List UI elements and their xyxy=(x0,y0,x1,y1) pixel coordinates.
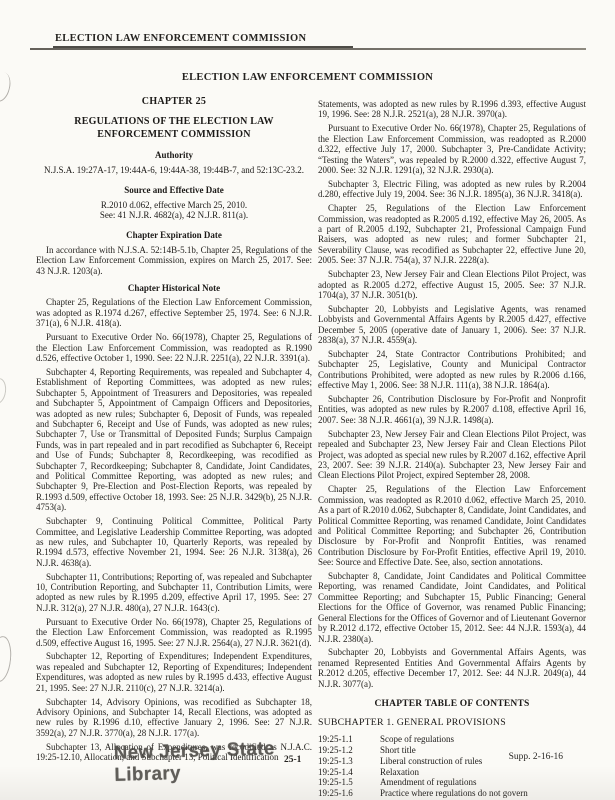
chapter-number: CHAPTER 25 xyxy=(36,97,312,107)
toc-section-title: Amendment of regulations xyxy=(370,777,586,787)
historical-paragraph: Subchapter 26, Contribution Disclosure b… xyxy=(318,394,586,425)
historical-paragraph: Pursuant to Executive Order No. 66(1978)… xyxy=(36,617,312,648)
historical-paragraph: Subchapter 23, New Jersey Fair and Clean… xyxy=(318,429,586,481)
chapter-title: REGULATIONS OF THE ELECTION LAW ENFORCEM… xyxy=(36,116,312,141)
running-head: ELECTION LAW ENFORCEMENT COMMISSION xyxy=(55,33,306,44)
toc-row: 19:25-1.1 Scope of regulations xyxy=(318,734,586,744)
toc-section-title: Relaxation xyxy=(370,767,586,777)
historical-paragraph: Chapter 25, Regulations of the Election … xyxy=(318,203,586,265)
source-date-heading: Source and Effective Date xyxy=(36,185,312,195)
toc-section-number: 19:25-1.4 xyxy=(318,767,370,777)
supplement-label: Supp. 2-16-16 xyxy=(509,752,563,762)
historical-paragraph: Subchapter 8, Candidate, Joint Candidate… xyxy=(318,571,586,644)
page-number: 25-1 xyxy=(284,755,301,765)
historical-paragraph: Subchapter 14, Advisory Opinions, was re… xyxy=(36,697,312,739)
document-title: ELECTION LAW ENFORCEMENT COMMISSION xyxy=(0,72,615,83)
header-rule xyxy=(30,48,586,50)
right-column: Statements, was adopted as new rules by … xyxy=(318,99,586,799)
toc-section-title: Scope of regulations xyxy=(370,734,586,744)
historical-paragraph: Subchapter 24, State Contractor Contribu… xyxy=(318,349,586,391)
historical-paragraph: Subchapter 23, New Jersey Fair and Clean… xyxy=(318,269,586,300)
toc-row: 19:25-1.4 Relaxation xyxy=(318,767,586,777)
toc-row: 19:25-1.5 Amendment of regulations xyxy=(318,777,586,787)
historical-paragraph: Subchapter 20, Lobbyists and Governmenta… xyxy=(318,647,586,689)
toc-section-number: 19:25-1.5 xyxy=(318,777,370,787)
continuation-paragraph: Statements, was adopted as new rules by … xyxy=(318,99,586,120)
toc-row: 19:25-1.6 Practice where regulations do … xyxy=(318,788,586,798)
source-date-line1: R.2010 d.062, effective March 25, 2010. xyxy=(36,200,312,210)
historical-paragraph: Pursuant to Executive Order No. 66(1978)… xyxy=(36,332,312,363)
document-page: ELECTION LAW ENFORCEMENT COMMISSION ELEC… xyxy=(0,0,615,800)
toc-section-number: 19:25-1.6 xyxy=(318,788,370,798)
chapter-toc-heading: CHAPTER TABLE OF CONTENTS xyxy=(318,699,586,709)
toc-section-number: 19:25-1.3 xyxy=(318,756,370,766)
toc-section-title: Practice where regulations do not govern xyxy=(370,788,586,798)
historical-paragraph: Subchapter 12, Reporting of Expenditures… xyxy=(36,651,312,693)
authority-heading: Authority xyxy=(36,150,312,160)
historical-paragraph: Chapter 25, Regulations of the Election … xyxy=(318,484,586,567)
header-rule-underline xyxy=(53,46,353,48)
scan-artifact xyxy=(0,635,13,683)
historical-paragraph: Chapter 25, Regulations of the Election … xyxy=(36,297,312,328)
subchapter-1-heading: SUBCHAPTER 1. GENERAL PROVISIONS xyxy=(318,718,586,728)
expiration-paragraph: In accordance with N.J.S.A. 52:14B-5.1b,… xyxy=(36,245,312,276)
source-date-line2: See: 41 N.J.R. 4682(a), 42 N.J.R. 811(a)… xyxy=(36,210,312,220)
historical-paragraph: Subchapter 20, Lobbyists and Legislative… xyxy=(318,304,586,346)
left-column: CHAPTER 25 REGULATIONS OF THE ELECTION L… xyxy=(36,97,312,766)
historical-paragraph: Subchapter 3, Electric Filing, was adopt… xyxy=(318,179,586,200)
historical-paragraph: Subchapter 9, Continuing Political Commi… xyxy=(36,516,312,568)
expiration-heading: Chapter Expiration Date xyxy=(36,230,312,240)
authority-citation: N.J.S.A. 19:27A-17, 19:44A-6, 19:44A-38,… xyxy=(36,165,312,175)
scan-artifact xyxy=(0,377,8,405)
historical-note-heading: Chapter Historical Note xyxy=(36,283,312,293)
historical-paragraph: Pursuant to Executive Order No. 66(1978)… xyxy=(318,123,586,175)
historical-paragraph: Subchapter 4, Reporting Requirements, wa… xyxy=(36,367,312,513)
toc-section-number: 19:25-1.2 xyxy=(318,745,370,755)
toc-section-number: 19:25-1.1 xyxy=(318,734,370,744)
historical-paragraph: Subchapter 11, Contributions; Reporting … xyxy=(36,572,312,614)
